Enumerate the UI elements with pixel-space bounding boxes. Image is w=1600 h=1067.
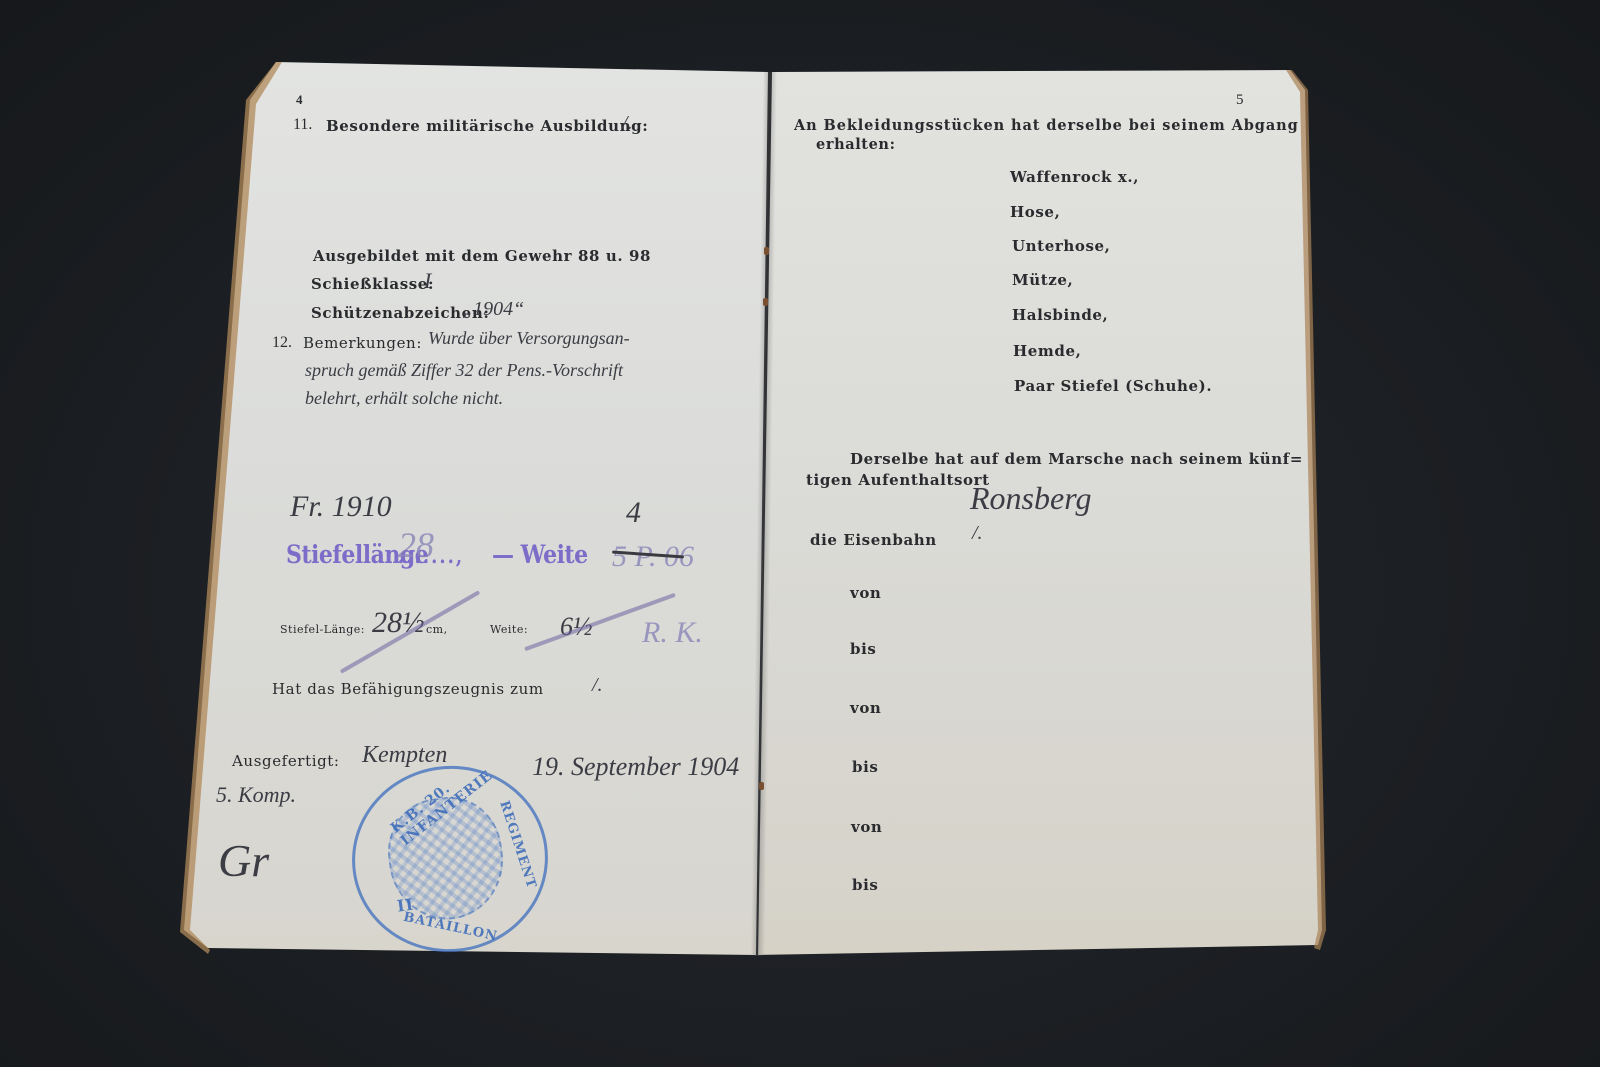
railway-label: die Eisenbahn	[810, 531, 937, 549]
officer-signature: Gr	[218, 834, 269, 887]
pencil-initials: R. K.	[642, 616, 703, 650]
issued-unit: 5. Komp.	[216, 782, 296, 808]
march-line-1: Derselbe hat auf dem Marsche nach seinem…	[850, 450, 1303, 468]
staple-icon	[759, 782, 764, 790]
stamp-numeral: II	[396, 895, 415, 916]
stamp-right-text: REGIMENT	[496, 799, 539, 891]
issued-label: Ausgefertigt:	[232, 752, 340, 770]
open-military-passbook: 4 11. Besondere militärische Ausbildung:…	[0, 0, 1600, 1067]
clothing-item-cap: Mütze,	[1012, 271, 1073, 289]
clothing-item-neckband: Halsbinde,	[1012, 306, 1108, 324]
staple-icon	[763, 298, 768, 306]
issued-date: 19. September 1904	[532, 752, 739, 782]
qualification-label: Hat das Befähigungszeugnis zum	[272, 680, 544, 698]
clothing-intro-line-2: erhalten:	[816, 136, 896, 153]
boot-length-dots: .......,	[398, 544, 464, 568]
clothing-item-tunic: Waffenrock x.,	[1010, 168, 1139, 186]
item-11-value: /.	[622, 112, 633, 135]
clothing-item-boots: Paar Stiefel (Schuhe).	[1014, 377, 1212, 395]
printed-boot-length-label: Stiefel-Länge:	[280, 623, 365, 636]
shooting-class-label: Schießklasse:	[311, 275, 434, 293]
railway-value: /.	[972, 522, 983, 545]
clothing-intro-line-1: An Bekleidungsstücken hat derselbe bei s…	[794, 117, 1299, 134]
remarks-line-3: belehrt, erhält solche nicht.	[305, 388, 503, 409]
clothing-item-underpants: Unterhose,	[1012, 237, 1110, 255]
march-line-2: tigen Aufenthaltsort	[806, 471, 990, 489]
remarks-line-1: Wurde über Versorgungsan-	[428, 328, 630, 349]
printed-boot-length-unit: cm,	[426, 623, 448, 636]
route-from-3: von	[851, 818, 882, 836]
qualification-value: /.	[592, 674, 603, 697]
route-from-2: von	[850, 699, 881, 717]
route-to-3: bis	[852, 876, 878, 894]
boot-width-stamp-label: — Weite	[492, 540, 588, 570]
staple-icon	[764, 247, 769, 255]
clothing-item-trousers: Hose,	[1010, 203, 1060, 221]
route-from-1: von	[850, 584, 881, 602]
shooting-class-value: I	[424, 268, 431, 294]
clothing-item-shirt: Hemde,	[1013, 342, 1081, 360]
page-number-right: 5	[1236, 92, 1244, 109]
item-12-label: Bemerkungen:	[303, 334, 422, 352]
issued-place: Kempten	[362, 742, 447, 769]
route-to-1: bis	[850, 640, 876, 658]
marksman-badge-value: „1904“	[462, 298, 524, 321]
printed-boot-width-label: Weite:	[490, 623, 528, 636]
remarks-line-2: spruch gemäß Ziffer 32 der Pens.-Vorschr…	[305, 360, 623, 381]
year-note: Fr. 1910	[290, 490, 392, 524]
item-12-number: 12.	[272, 334, 292, 352]
boot-width-correction: 4	[626, 496, 641, 530]
page-number-left: 4	[296, 92, 303, 108]
item-11-number: 11.	[293, 116, 312, 134]
route-to-2: bis	[852, 758, 878, 776]
printed-boot-length-value: 28½	[372, 606, 425, 640]
item-11-label: Besondere militärische Ausbildung:	[326, 117, 648, 135]
rifle-training-label: Ausgebildet mit dem Gewehr 88 u. 98	[313, 247, 651, 265]
destination-value: Ronsberg	[970, 480, 1091, 517]
